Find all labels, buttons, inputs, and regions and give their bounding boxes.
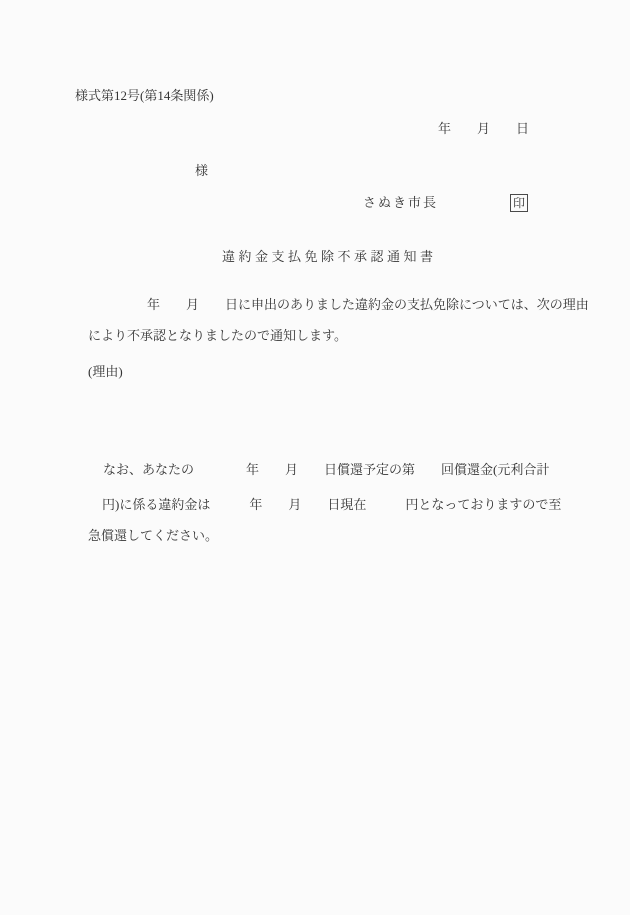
seal-stamp: 印 bbox=[510, 194, 528, 212]
addressee-honorific: 様 bbox=[195, 162, 208, 179]
form-number: 様式第12号(第14条関係) bbox=[75, 87, 214, 104]
postscript-line-2: 円)に係る違約金は 年 月 日現在 円となっておりますので至 bbox=[88, 496, 561, 513]
document-title: 違約金支払免除不承認通知書 bbox=[222, 248, 437, 265]
postscript-line-3: 急償還してください。 bbox=[88, 527, 218, 544]
sender-name: さぬき市長 bbox=[363, 194, 438, 211]
reason-label: (理由) bbox=[88, 363, 123, 380]
notice-document-page: 様式第12号(第14条関係) 年 月 日 様 さぬき市長 印 違約金支払免除不承… bbox=[0, 0, 630, 915]
body-paragraph-line-1: 年 月 日に申出のありました違約金の支払免除については、次の理由 bbox=[88, 296, 589, 313]
body-paragraph-line-2: により不承認となりましたので通知します。 bbox=[88, 327, 347, 344]
postscript-line-1: なお、あなたの 年 月 日償還予定の第 回償還金(元利合計 bbox=[88, 461, 549, 478]
issue-date-blank: 年 月 日 bbox=[438, 120, 529, 137]
